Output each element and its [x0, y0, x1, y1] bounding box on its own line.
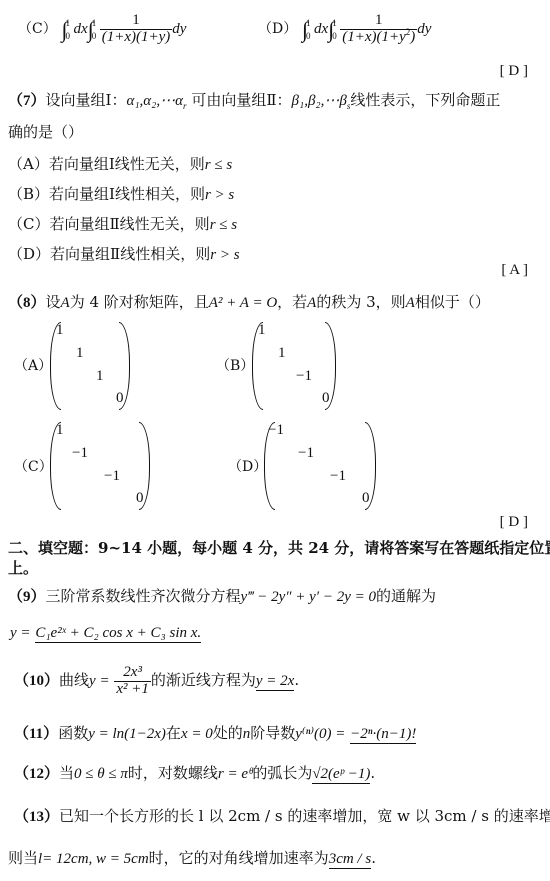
q7-option-b: （B）若向量组Ⅰ线性相关，则r > s	[8, 183, 234, 204]
q8-matrix-b: 1 1 −1 0	[252, 322, 336, 410]
q6-option-c: （C） ∫10dx∫101(1+x)(1+y)dy	[18, 8, 186, 48]
option-label: （C）	[18, 21, 57, 37]
fraction: 2x³x² +1	[114, 665, 151, 698]
q6-answer: [ D ]	[500, 63, 528, 80]
q7-stem-line2: 确的是（）	[8, 121, 83, 142]
q7-option-a: （A）若向量组Ⅰ线性无关，则r ≤ s	[8, 153, 232, 174]
q8-matrix-c: 1 −1 −1 0	[50, 422, 150, 510]
answer-blank: y = 2x	[256, 673, 294, 691]
q7-option-d: （D）若向量组Ⅱ线性相关，则r > s	[8, 243, 240, 264]
question-number: （9）	[8, 589, 46, 605]
option-label: （D）	[258, 21, 297, 37]
q8-option-d-label: （D）	[228, 456, 267, 476]
integral-expression: ∫10dx∫101(1+x)(1+y2)dy	[302, 21, 431, 37]
answer-blank: C₁e²ˣ + C₂ cos x + C₃ sin x.	[35, 625, 201, 643]
q9-answer: y = C₁e²ˣ + C₂ cos x + C₃ sin x.	[10, 623, 201, 642]
q13-stem-line2: 则当l= 12cm, w = 5cm时，它的对角线增加速率为3cm / s.	[8, 847, 376, 868]
question-number: （7）	[8, 93, 46, 109]
q8-matrix-a: 1 1 1 0	[50, 322, 130, 410]
q11-stem: （11）函数y = ln(1−2x)在x = 0处的n阶导数y⁽ⁿ⁾(0) = …	[14, 722, 416, 743]
q8-stem: （8）设A为 4 阶对称矩阵，且A² + A = O，若A的秩为 3，则A相似于…	[8, 291, 490, 312]
q8-option-b-label: （B）	[216, 355, 254, 375]
q7-option-c: （C）若向量组Ⅱ线性无关，则r ≤ s	[8, 213, 237, 234]
q6-option-d: （D） ∫10dx∫101(1+x)(1+y2)dy	[258, 8, 431, 48]
question-number: （8）	[8, 295, 46, 311]
question-number: （13）	[14, 809, 59, 825]
answer-blank: 3cm / s	[329, 851, 372, 869]
q7-stem: （7）设向量组Ⅰ：α₁,α₂,⋯αr 可由向量组Ⅱ：β₁,β₂,⋯βs线性表示，…	[8, 89, 500, 110]
section-heading-line2: 上。	[8, 557, 38, 578]
section-heading: 二、填空题：9~14 小题，每小题 4 分，共 24 分，请将答案写在答题纸指定…	[8, 537, 550, 558]
q7-answer: [ A ]	[501, 262, 528, 279]
answer-blank: −2ⁿ·(n−1)!	[350, 726, 416, 744]
q8-option-c-label: （C）	[14, 456, 53, 476]
question-number: （11）	[14, 726, 58, 742]
q13-stem: （13）已知一个长方形的长 l 以 2cm / s 的速率增加，宽 w 以 3c…	[14, 805, 550, 826]
integral-expression: ∫10dx∫101(1+x)(1+y)dy	[62, 21, 187, 37]
q9-stem: （9）三阶常系数线性齐次微分方程y‴ − 2y″ + y′ − 2y = 0的通…	[8, 585, 436, 606]
q8-matrix-d: −1 −1 −1 0	[264, 422, 376, 510]
question-number: （12）	[14, 766, 59, 782]
answer-blank: √2(eᵖ −1)	[312, 766, 370, 784]
q8-answer: [ D ]	[500, 514, 528, 531]
question-number: （10）	[14, 673, 59, 689]
q12-stem: （12）当0 ≤ θ ≤ π时，对数螺线r = eᶿ的弧长为√2(eᵖ −1).	[14, 762, 375, 783]
q8-option-a-label: （A）	[14, 355, 52, 375]
q10-stem: （10）曲线y = 2x³x² +1的渐近线方程为y = 2x.	[14, 660, 299, 701]
